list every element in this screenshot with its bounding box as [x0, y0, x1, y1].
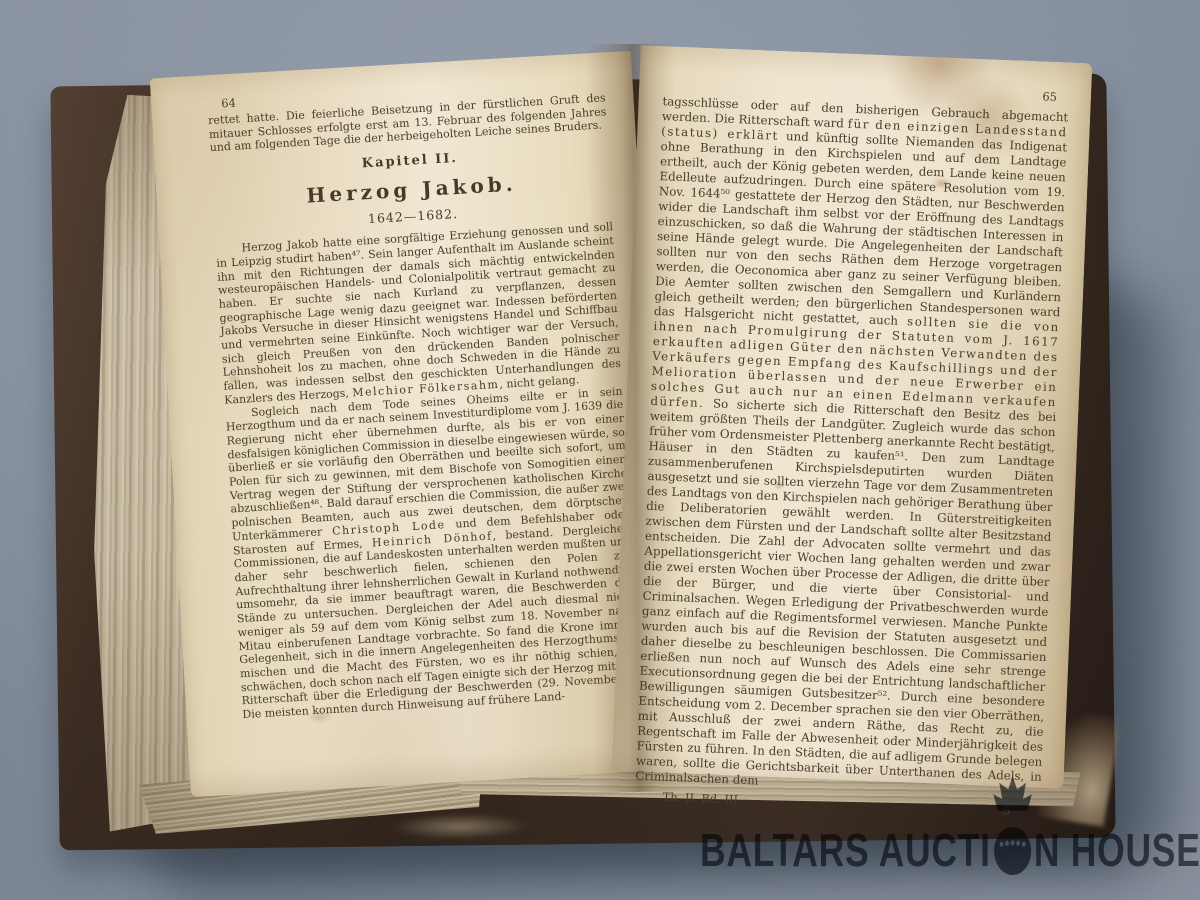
- left-page-text-block: 64 rettet hatte. Die feierliche Beisetzu…: [207, 74, 640, 722]
- right-page-paragraph: tagsschlüsse oder auf den bisherigen Geb…: [635, 94, 1068, 800]
- text-run: und künftig sollte Niemanden das Indigen…: [654, 129, 1067, 328]
- crown-icon: [993, 776, 1032, 811]
- cover-wear-patch: [389, 813, 529, 841]
- right-page: 65 tagsschlüsse oder auf den bisherigen …: [612, 45, 1093, 789]
- left-page: 64 rettet hatte. Die feierliche Beisetzu…: [150, 51, 673, 798]
- watermark-text-right: N HOUSE: [1034, 828, 1200, 873]
- orb-icon: [994, 827, 1031, 875]
- text-run: So sicherte sich die Ritterschaft den Be…: [635, 396, 1056, 787]
- chapter-heading: Kapitel II. Herzog Jakob. 1642—1682.: [211, 142, 612, 235]
- crown-orb-logo-icon: [993, 828, 1032, 873]
- right-page-text-block: 65 tagsschlüsse oder auf den bisherigen …: [634, 74, 1069, 819]
- auction-house-watermark: BALTARS AUCTI N HOUSE: [700, 828, 1200, 873]
- photo-scene: 64 rettet hatte. Die feierliche Beisetzu…: [0, 0, 1200, 900]
- left-page-paragraph-2: Sogleich nach dem Tode seines Oheims eil…: [225, 384, 640, 722]
- watermark-text-left: BALTARS AUCTI: [700, 828, 991, 873]
- left-page-paragraph-1: Herzog Jakob hatte eine sorgfältige Erzi…: [215, 220, 622, 407]
